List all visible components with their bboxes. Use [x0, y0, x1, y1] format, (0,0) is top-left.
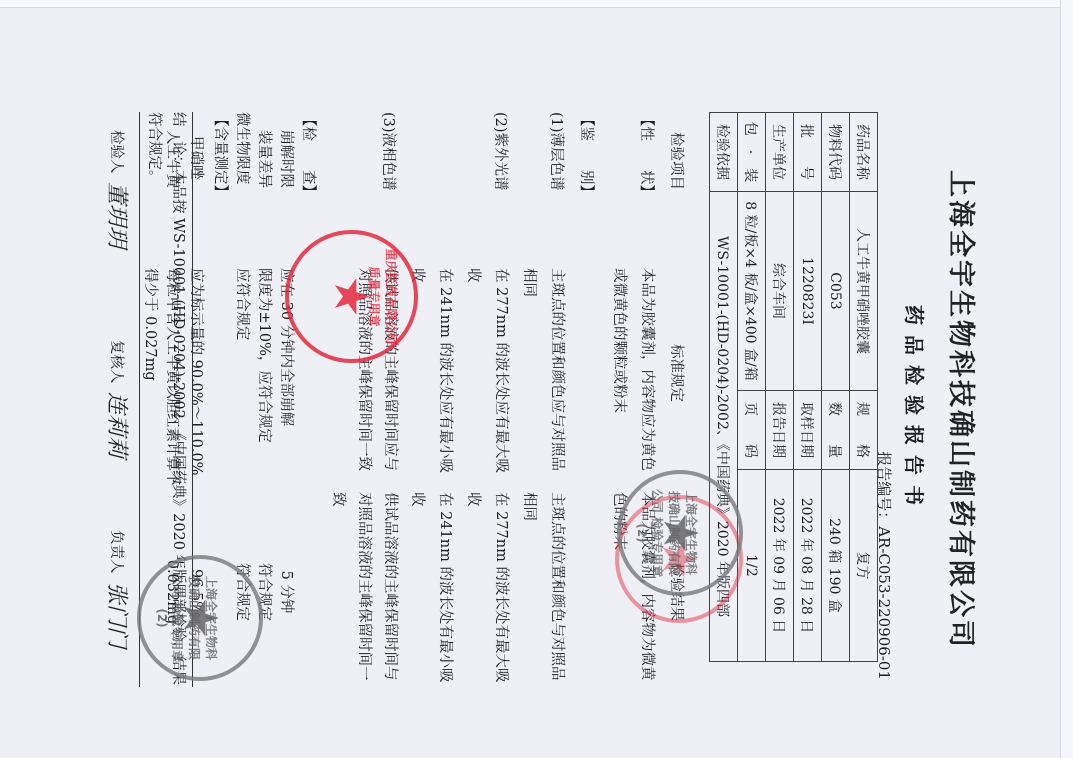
quality-stamp: ★ 重庆医药有限公司 质量专用章	[285, 230, 418, 363]
reviewer-label: 复核人	[107, 340, 128, 384]
identification-row: 在 241nm 的波长处应有最小吸收 在 241nm 的波长处有最小吸收	[403, 112, 459, 672]
inspection-stamp: ★ 上海全宇生物科技确山制药有限公司 检验专用章 (2)	[617, 470, 743, 596]
reviewer-signature: 连莉莉	[103, 392, 134, 458]
inspection-row: 崩解时限 应在 30 分钟内全部崩解 5 分钟	[275, 112, 297, 672]
inspector-signature: 董玥玥	[103, 182, 134, 248]
table-row: 药品名称人工牛黄甲硝唑胶囊规 格复方	[850, 113, 878, 662]
inspector-label: 检验人	[107, 130, 128, 174]
identification-heading: 【鉴 别】	[571, 112, 601, 672]
inspection-row: 装量差异 限度为±10%，应符合规定 符合规定	[253, 112, 275, 672]
inspection-heading: 【检 查】	[297, 112, 323, 672]
identification-row: (1)薄层色谱 主斑点的位置和颜色应与对照品相同 主斑点的位置和颜色与对照品相同	[515, 112, 571, 672]
table-row: 包 · 装8 粒/板×4 板/盒×400 盒/箱页 码1/2	[738, 113, 766, 662]
table-row: 生产单位综合车间报告日期2022 年 09 月 06 日	[766, 113, 794, 662]
table-row: 批 号1220823I取样日期2022 年 08 月 28 日	[794, 113, 822, 662]
document-title: 药品检验报告书	[901, 150, 930, 670]
responsible-label: 负责人	[107, 530, 128, 574]
responsible-signature: 张门门	[103, 582, 134, 648]
identification-row: (2)紫外光谱 在 277nm 的波长处应有最大吸收 在 277nm 的波长处有…	[459, 112, 515, 672]
table-row: 物料代码C053数 量240 箱 190 盒	[822, 113, 850, 662]
company-name: 上海全宇生物科技确山制药有限公司	[944, 150, 983, 670]
identification-row: (3)液相色谱 供试品溶液的主峰保留时间应与对照品溶液的主峰保留时间一致 供试品…	[323, 112, 403, 672]
inspection-stamp: ★ 上海全宇生物科技确山制药有限公司 检验专用章 (2)	[137, 555, 263, 681]
inspection-report-page: 上海全宇生物科技确山制药有限公司 药品检验报告书 报告编号：AR-C053-22…	[0, 0, 1073, 758]
